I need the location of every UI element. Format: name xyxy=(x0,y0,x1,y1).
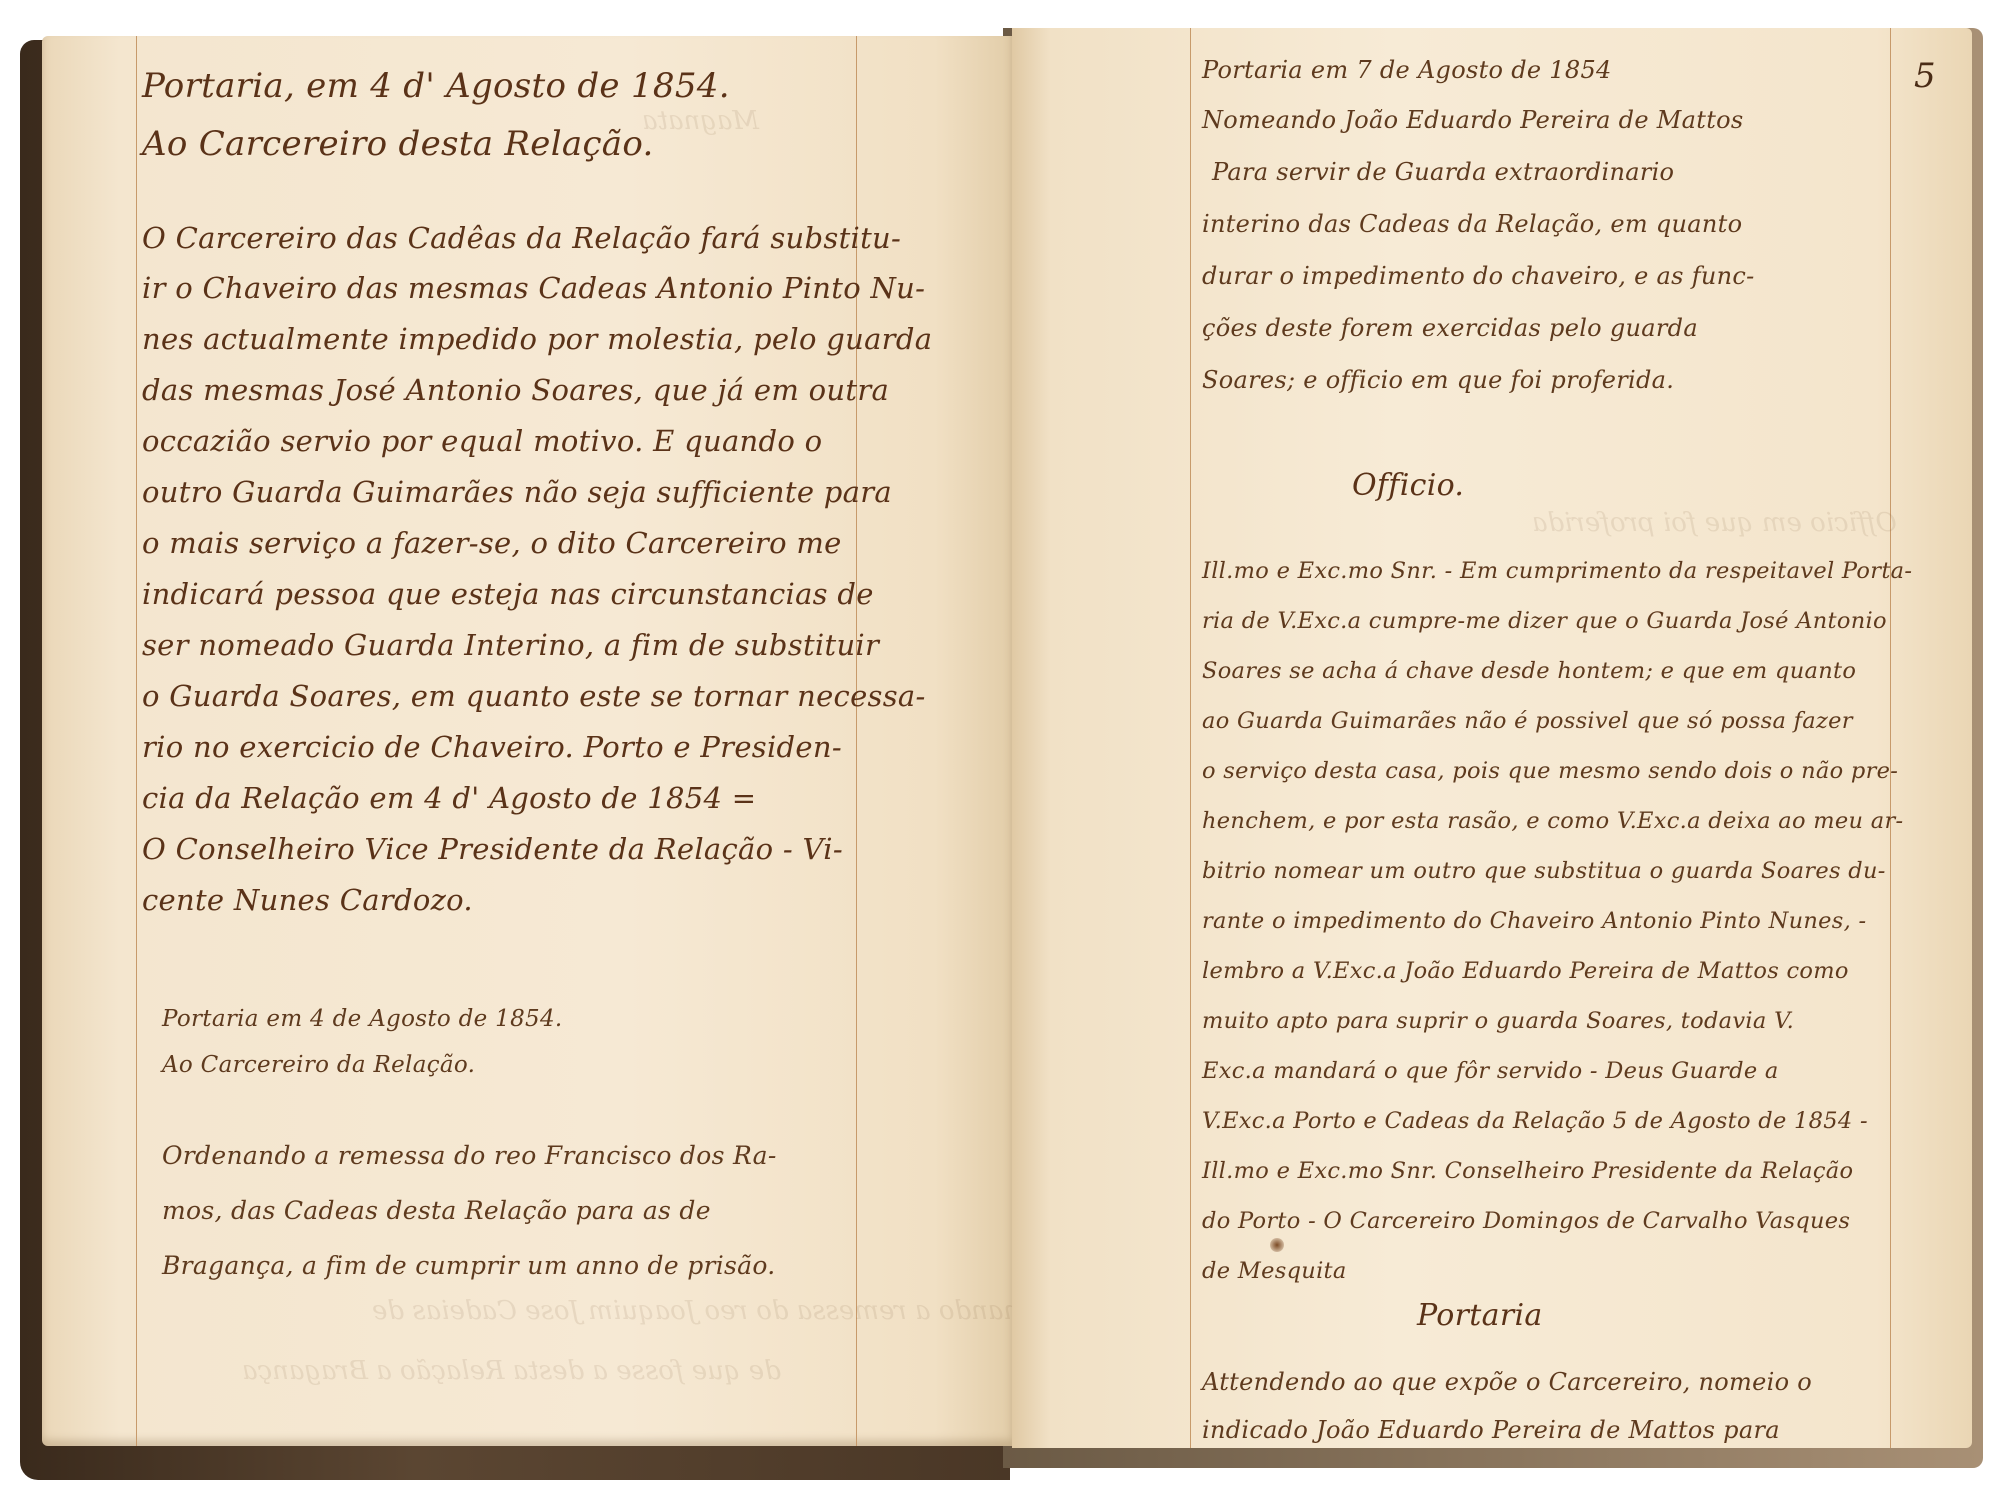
right-margin-rule xyxy=(1890,28,1891,1448)
text-line: Attendendo ao que expõe o Carcereiro, no… xyxy=(1202,1368,1812,1396)
text-line: occazião servio por equal motivo. E quan… xyxy=(142,424,822,458)
bleed-through-text: Ordenando a remessa do reo Joaquim Jose … xyxy=(372,1296,1012,1326)
text-line: V.Exc.a Porto e Cadeas da Relação 5 de A… xyxy=(1202,1108,1868,1134)
text-line: Soares; e officio em que foi proferida. xyxy=(1202,366,1674,394)
text-line: o mais serviço a fazer-se, o dito Carcer… xyxy=(142,526,842,560)
portaria-title: Portaria xyxy=(1417,1298,1543,1333)
text-line: indicado João Eduardo Pereira de Mattos … xyxy=(1202,1416,1780,1444)
text-line: henchem, e por esta rasão, e como V.Exc.… xyxy=(1202,808,1903,834)
text-line: ao Guarda Guimarães não é possivel que s… xyxy=(1202,708,1853,734)
text-line: rante o impedimento do Chaveiro Antonio … xyxy=(1202,908,1866,934)
text-line: O Conselheiro Vice Presidente da Relação… xyxy=(142,832,843,866)
text-line: das mesmas José Antonio Soares, que já e… xyxy=(142,373,889,407)
entry-recipient: Ao Carcereiro desta Relação. xyxy=(142,124,654,164)
text-line: bitrio nomear um outro que substitua o g… xyxy=(1202,858,1886,884)
right-page: 5 Officio em que foi proferida Portaria … xyxy=(1012,28,1972,1448)
text-line: muito apto para suprir o guarda Soares, … xyxy=(1202,1008,1794,1034)
open-ledger-book: Magnata Ordenando a remessa do reo Joaqu… xyxy=(20,28,1985,1478)
text-line: lembro a V.Exc.a João Eduardo Pereira de… xyxy=(1202,958,1849,984)
text-line: rio no exercicio de Chaveiro. Porto e Pr… xyxy=(142,730,842,764)
text-line: o Guarda Soares, em quanto este se torna… xyxy=(142,679,926,713)
text-line: Soares se acha á chave desde hontem; e q… xyxy=(1202,658,1856,684)
text-line: Ordenando a remessa do reo Francisco dos… xyxy=(162,1141,777,1170)
bleed-through-text: Magnata xyxy=(642,106,759,136)
text-line: Para servir de Guarda extraordinario xyxy=(1212,158,1674,186)
ink-stain xyxy=(1270,1238,1284,1252)
text-line: Ill.mo e Exc.mo Snr. - Em cumprimento da… xyxy=(1202,558,1912,584)
text-line: ções deste forem exercidas pelo guarda xyxy=(1202,314,1698,342)
officio-title: Officio. xyxy=(1352,468,1464,503)
text-line: o serviço desta casa, pois que mesmo sen… xyxy=(1202,758,1898,784)
text-line: do Porto - O Carcereiro Domingos de Carv… xyxy=(1202,1208,1850,1234)
text-line: interino das Cadeas da Relação, em quant… xyxy=(1202,210,1742,238)
text-line: Nomeando João Eduardo Pereira de Mattos xyxy=(1202,106,1744,134)
text-line: Bragança, a fim de cumprir um anno de pr… xyxy=(162,1251,776,1280)
bleed-through-text: de que fosse a desta Relação a Bragança xyxy=(242,1356,781,1386)
text-line: cia da Relação em 4 d' Agosto de 1854 = xyxy=(142,781,756,815)
bleed-through-text: Officio em que foi proferida xyxy=(1532,508,1897,538)
text-line: cente Nunes Cardozo. xyxy=(142,883,473,917)
left-page: Magnata Ordenando a remessa do reo Joaqu… xyxy=(42,36,1012,1446)
left-margin-rule xyxy=(1190,28,1191,1448)
entry-heading: Portaria em 4 de Agosto de 1854. xyxy=(162,1006,563,1032)
text-line: ir o Chaveiro das mesmas Cadeas Antonio … xyxy=(142,271,925,305)
text-line: Ill.mo e Exc.mo Snr. Conselheiro Preside… xyxy=(1202,1158,1853,1184)
left-margin-rule xyxy=(136,36,137,1446)
entry-recipient: Ao Carcereiro da Relação. xyxy=(162,1052,475,1078)
text-line: nes actualmente impedido por molestia, p… xyxy=(142,322,932,356)
entry-heading: Portaria em 7 de Agosto de 1854 xyxy=(1202,56,1612,84)
text-line: ria de V.Exc.a cumpre-me dizer que o Gua… xyxy=(1202,608,1887,634)
entry-heading: Portaria, em 4 d' Agosto de 1854. xyxy=(142,66,730,106)
text-line: mos, das Cadeas desta Relação para as de xyxy=(162,1196,711,1225)
text-line: O Carcereiro das Cadêas da Relação fará … xyxy=(142,221,901,255)
text-line: outro Guarda Guimarães não seja sufficie… xyxy=(142,475,892,509)
text-line: durar o impedimento do chaveiro, e as fu… xyxy=(1202,262,1755,290)
text-line: ser nomeado Guarda Interino, a fim de su… xyxy=(142,628,879,662)
page-number: 5 xyxy=(1914,56,1936,96)
text-line: Exc.a mandará o que fôr servido - Deus G… xyxy=(1202,1058,1779,1084)
text-line: de Mesquita xyxy=(1202,1258,1347,1284)
text-line: indicará pessoa que esteja nas circunsta… xyxy=(142,577,874,611)
